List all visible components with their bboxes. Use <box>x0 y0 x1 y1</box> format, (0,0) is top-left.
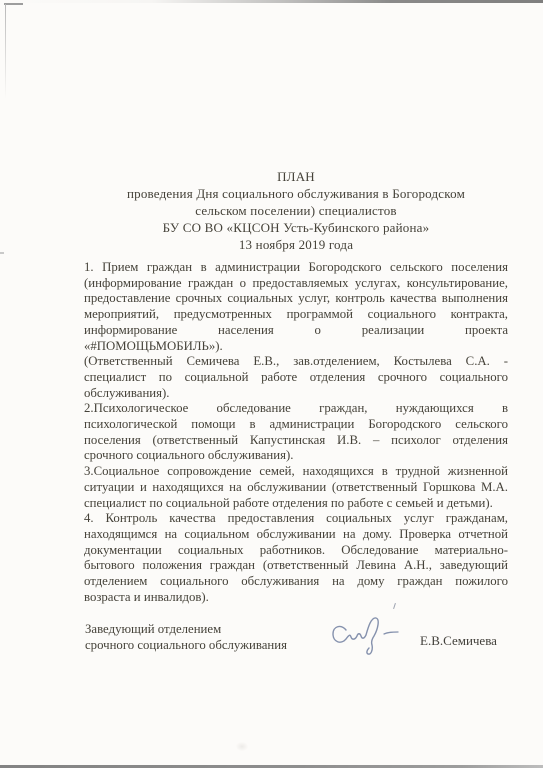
body-line: бытового положения граждан (ответственны… <box>84 558 508 574</box>
body-line: срочного социального обслуживания). <box>84 448 508 464</box>
body-line: 3.Социальное сопровождение семей, находя… <box>84 464 508 480</box>
title-line: БУ СО ВО «КЦСОН Усть-Кубинского района» <box>84 219 508 236</box>
document-title: ПЛАН проведения Дня социального обслужив… <box>84 168 508 253</box>
body-line: «#ПОМОЩЬМОБИЛЬ»). <box>84 339 508 355</box>
body-line: возраста и инвалидов). <box>84 590 508 606</box>
body-line: предоставление срочных социальных услуг,… <box>84 291 508 307</box>
body-line: (Ответственный Семичева Е.В., зав.отделе… <box>84 354 508 370</box>
title-line: ПЛАН <box>84 168 508 185</box>
body-line: 1. Прием граждан в администрации Богород… <box>84 260 508 276</box>
title-date-line: 13 ноября 2019 года <box>84 236 508 253</box>
body-line: поселения (ответственный Капустинская И.… <box>84 433 508 449</box>
title-line: сельском поселении) специалистов <box>84 202 508 219</box>
body-line: 2.Психологическое обследование граждан, … <box>84 401 508 417</box>
body-line: специалист по социальной работе отделени… <box>84 496 508 512</box>
body-line: (информирование граждан о предоставляемы… <box>84 276 508 292</box>
body-line: психологической помощи в администрации Б… <box>84 417 508 433</box>
body-line: обслуживания). <box>84 386 508 402</box>
scan-left-crease <box>5 4 6 99</box>
scanned-document-page: ПЛАН проведения Дня социального обслужив… <box>0 0 543 768</box>
paper-smudge <box>236 742 248 751</box>
signatory-position: Заведующий отделением срочного социально… <box>85 622 345 654</box>
signatory-position-line: Заведующий отделением <box>85 622 345 638</box>
title-line: проведения Дня социального обслуживания … <box>84 185 508 202</box>
body-line: 4. Контроль качества предоставления соци… <box>84 511 508 527</box>
scan-speck <box>0 252 4 254</box>
signature-handwriting <box>330 609 408 659</box>
signatory-name: Е.В.Семичева <box>420 633 497 649</box>
signatory-position-line: срочного социального обслуживания <box>85 638 345 654</box>
body-line: отделением социального обслуживания на д… <box>84 574 508 590</box>
scan-corner-mark <box>4 3 23 5</box>
body-line: ситуации и находящихся на обслуживании (… <box>84 480 508 496</box>
body-line: мероприятий, предусмотренных программой … <box>84 307 508 323</box>
body-line: информирование населения о реализации пр… <box>84 323 508 339</box>
body-line: документации социальных работников. Обсл… <box>84 543 508 559</box>
body-line: специалист по социальной работе отделени… <box>84 370 508 386</box>
body-line: находящимся на социальном обслуживании н… <box>84 527 508 543</box>
document-body: 1. Прием граждан в администрации Богород… <box>84 260 508 605</box>
scan-edge-top <box>0 0 543 3</box>
